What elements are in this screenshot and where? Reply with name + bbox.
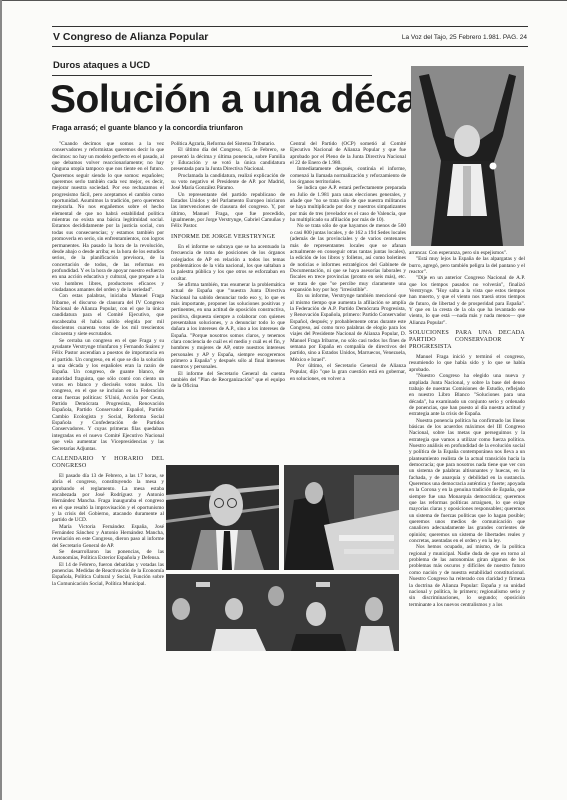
paragraph: El último día del Congreso, 15 de Febrer… [171,147,285,172]
paragraph: Un representante del partido republicano… [171,192,285,230]
paragraph: Se desarrollaron las ponencias, de las A… [52,549,164,562]
subheading-informe: INFORME DE JORGE VERSTRYNGE [171,234,285,241]
photo-man-glasses-portrait [166,465,279,570]
paragraph: "Nuestro Congreso ha elegido una nueva y… [409,373,525,417]
article-column-4: arrancar. Con esperanza, pero sin espeji… [409,250,525,608]
paragraph: Proclamada la candidatura, realizó expli… [171,173,285,192]
section-title: V Congreso de Alianza Popular [53,31,208,43]
kicker-rule [52,75,372,76]
paragraph: Nuestra ponencia política ha confirmado … [409,418,525,545]
paragraph: No se trata sólo de que hayamos de menos… [290,223,406,293]
paragraph: Nos hemos ocupado, así mismo, de la polí… [409,544,525,607]
paragraph: Se indica que A.P. estará perfectamente … [290,185,406,223]
article-subhead: Fraga arrasó; el guante blanco y la conc… [52,123,243,132]
paragraph: El 14 de Febrero, fueron debatidas y vot… [52,562,164,587]
header-top-rule [52,26,528,27]
article-column-2: Política Agraria, Reforma del Sistema Tr… [171,141,285,390]
photo-fraga-arms-raised [411,66,524,246]
paragraph: "Cuando decimos que somos a la vez conse… [52,141,164,293]
paragraph: Manuel Fraga inició y terminó el congres… [409,354,525,373]
paragraph: "Dije en un anterior Congreso Nacional d… [409,275,525,326]
audience-figure-icon [166,574,399,651]
fraga-figure-icon [411,66,524,246]
delegates-figure-icon [284,465,399,570]
paragraph: Por último, el Secretario General de Ali… [290,363,406,382]
paragraph: Central del Partido (OCP) sometió al Com… [290,141,406,166]
subheading-soluciones: SOLUCIONES PARA UNA DECADA PARTIDO CONSE… [409,330,525,351]
photo-delegates-at-table [284,465,399,570]
paragraph: En su informe, Verstrynge también mencio… [290,293,406,363]
paragraph: Con estas palabras, iniciaba Manuel Frag… [52,293,164,337]
paragraph: María Victoria Fernández España, José Fe… [52,524,164,549]
subheading-calendario: CALENDARIO Y HORARIO DEL CONGRESO [52,456,164,470]
header-bottom-rule [52,46,528,47]
portrait-figure-icon [166,465,279,570]
article-headline: Solución a una década [50,80,462,120]
paragraph: En el informe se subraya que se ha acent… [171,244,285,282]
paragraph: Inmediatamente después, continúa el info… [290,166,406,185]
paragraph: Se cerraba un congreso en el que Fraga y… [52,338,164,452]
page-folio: La Voz del Tajo, 25 Febrero 1.981. PAG. … [402,34,527,41]
paragraph: El informe del Secretario General da cue… [171,371,285,390]
page-top-edge [0,0,567,1]
article-column-3: Central del Partido (OCP) sometió al Com… [290,141,406,382]
paragraph: El pasado día 13 de Febrero, a las 17 ho… [52,473,164,524]
paragraph: Se afirma también, tras enumerar la prob… [171,282,285,371]
article-kicker: Duros ataques a UCD [53,60,150,71]
photo-audience-seated [166,574,399,651]
page-left-edge [0,0,2,800]
article-column-1: "Cuando decimos que somos a la vez conse… [52,141,164,587]
paragraph: "Está muy lejos la España de las alparga… [409,256,525,275]
